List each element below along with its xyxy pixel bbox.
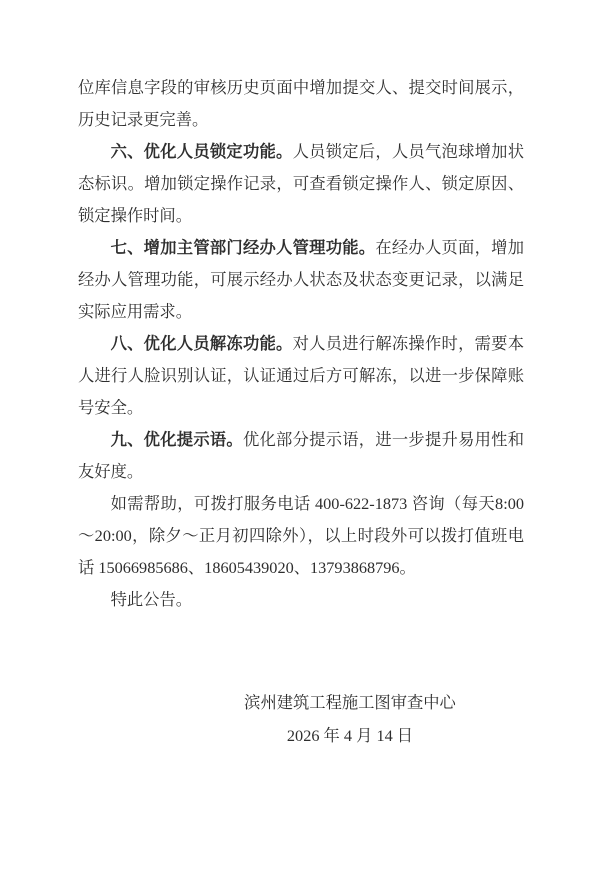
paragraph-text: 位库信息字段的审核历史页面中增加提交人、提交时间展示，历史记录更完善。 xyxy=(78,78,524,129)
paragraph-help-contact: 如需帮助，可拨打服务电话 400-622-1873 咨询（每天8:00～20:0… xyxy=(78,488,524,584)
notice-page: 位库信息字段的审核历史页面中增加提交人、提交时间展示，历史记录更完善。 六、优化… xyxy=(0,0,600,870)
notice-body: 位库信息字段的审核历史页面中增加提交人、提交时间展示，历史记录更完善。 六、优化… xyxy=(78,72,524,752)
paragraph-item-8: 八、优化人员解冻功能。对人员进行解冻操作时，需要本人进行人脸识别认证，认证通过后… xyxy=(78,328,524,424)
paragraph-item-6: 六、优化人员锁定功能。人员锁定后，人员气泡球增加状态标识。增加锁定操作记录，可查… xyxy=(78,136,524,232)
signature-date: 2026 年 4 月 14 日 xyxy=(127,719,573,752)
paragraph-continued: 位库信息字段的审核历史页面中增加提交人、提交时间展示，历史记录更完善。 xyxy=(78,72,524,136)
paragraph-text: 如需帮助，可拨打服务电话 400-622-1873 咨询（每天8:00～20:0… xyxy=(78,494,524,577)
paragraph-item-7: 七、增加主管部门经办人管理功能。在经办人页面，增加经办人管理功能，可展示经办人状… xyxy=(78,232,524,328)
paragraph-closing: 特此公告。 xyxy=(78,584,524,616)
signature-org: 滨州建筑工程施工图审查中心 xyxy=(127,686,573,719)
paragraph-item-9: 九、优化提示语。优化部分提示语，进一步提升易用性和友好度。 xyxy=(78,424,524,488)
paragraph-heading: 九、优化提示语。 xyxy=(111,430,243,449)
paragraph-heading: 八、优化人员解冻功能。 xyxy=(111,334,293,353)
paragraph-text: 特此公告。 xyxy=(111,590,192,609)
signature-block: 滨州建筑工程施工图审查中心 2026 年 4 月 14 日 xyxy=(127,686,573,752)
paragraph-heading: 七、增加主管部门经办人管理功能。 xyxy=(111,238,376,257)
paragraph-heading: 六、优化人员锁定功能。 xyxy=(111,142,293,161)
